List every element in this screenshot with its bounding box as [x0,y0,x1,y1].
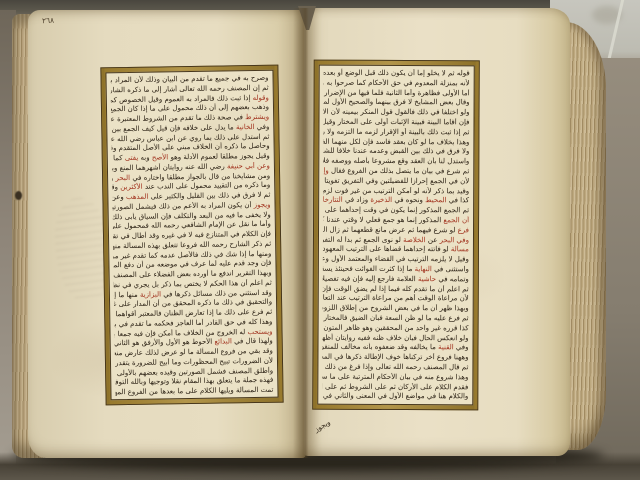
ink-text: المذكور إنما هو جمع فعلي لا وقتي عندنا ك… [323,216,443,225]
text-line: وقيل لا يلزمه الترتيب في القضاء والمعتمد… [323,255,469,265]
text-line: ثم شرع في بيان ما يتصل بذلك من الفروع فق… [323,167,469,177]
ink-text: وتمامه في [436,275,469,283]
ink-text: وهذا شروع منه في بيان الأحكام المترتبة ع… [322,372,468,381]
text-line: وبهذا ظهر أن ما في بعض الشروح من إطلاق ا… [323,304,469,314]
ink-text: قوله ثم لا يخلو إما أن يكون ذلك قبل الوض… [324,69,470,78]
ink-text: ولهذا قال في [232,337,273,346]
rubricated-word: ويشترط [245,113,269,121]
text-line: ولو اختلفا في ذلك فالقول قول المنكر بيمي… [324,108,470,118]
ink-text: ثم لا فرق في ذلك بين القليل والكثير على [148,191,270,201]
ink-text: وفي [254,123,269,131]
ink-text: وهذا بخلاف ما لو كان بعقد فاسد فإن لكل م… [323,137,469,146]
ink-text: ثم الجمع المذكور إنما يكون في وقت إحداهم… [323,206,469,215]
ink-text: لأن مراعاة الوقت أهم من مراعاة الترتيب ع… [323,294,469,303]
ink-text: عن [426,236,440,244]
text-line: وهذا شروع منه في بيان الأحكام المترتبة ع… [322,372,468,382]
text-line: ثم الجمع المذكور إنما يكون في وقت إحداهم… [323,206,469,216]
text-line: واستدل لنا بأن العقد وقع مشروعا بأصله وو… [323,157,469,167]
ink-text: وقد استثني من ذلك مسائل ذكرها في [161,288,272,298]
ink-text: ثم شرع في بيان ما يتصل بذلك من الفروع فق… [329,167,470,176]
manuscript-photo: ٢٦٨ وصرح به في جميع ما تقدم من البيان وذ… [0,0,640,480]
ink-text: كذا في [447,197,470,205]
ink-text: وما ذكره من التقييد محمول على الندب عند [143,181,271,191]
ink-text: لو شرع فيهما ثم عرض مانع قطعهما ثم زال ا… [323,225,458,234]
text-line: لأنه بمنزلة المعدوم في حق الأحكام كما صر… [324,78,470,88]
text-line: وقال بعض المشايخ لا فرق بينهما والصحيح ا… [324,98,470,108]
ink-text: وقال بعض المشايخ لا فرق بينهما والصحيح ا… [324,98,470,107]
rubricated-word: البزازية [140,290,161,298]
text-line: مسألة لو فاتته إحداهما قضاها على الترتيب… [323,245,469,255]
left-text-panel: وصرح به في جميع ما تقدم من البيان وذلك ل… [100,65,283,406]
ink-text: ولا فرق في ذلك بين القبض وعدمه عندنا خلا… [323,147,469,156]
ink-text: ما يخالفه وقد ضعفوه بأنه مخالف للمنقول ف… [322,343,438,352]
rubricated-word: المحيط [425,196,446,204]
ink-text: ما إذا كثرت الفوائت فحينئذ يسقط الترتيب … [323,265,415,273]
rubricated-word: حاشية [418,275,436,283]
text-line: كذا قرره غير واحد من المحققين وهو ظاهر ا… [323,323,469,333]
ink-text: وقيد بما ذكر لأنه لو أمكن الترتيب من غير… [323,186,469,195]
text-line: ثم اعلم أن ما تقدم كله فيما إذا لم يضق ا… [323,284,469,294]
rubricated-word: أن الجمع [443,216,469,224]
text-line: قوله ثم لا يخلو إما أن يكون ذلك قبل الوض… [324,69,470,79]
rubricated-word: الذخيرة [370,196,392,204]
ink-text: ومن مشايخنا من قال بالجواز مطلقا واختاره… [130,171,270,181]
ink-text: لو فاتته إحداهما قضاها على الترتيب المعه… [323,245,451,254]
ink-text: لأن في الجمع إحرازا للفضيلتين وفي التفري… [323,176,469,185]
rubricated-word: الخانية [236,123,255,131]
ink-text: منها ما إذا خاف الفوت ومنها ما إذا تعين … [114,290,140,300]
text-line: وهذا بخلاف ما لو كان بعقد فاسد فإن لكل م… [323,137,469,147]
ink-text: لو نوى الجمع ثم بدا له التفريق جاز ولا ش… [323,235,403,243]
edge-stain [15,191,22,200]
text-line: تمت المسألة ويليها الكلام على ما بعدها م… [115,386,273,398]
rubricated-word: ويجوز [254,201,271,209]
text-line: ولو انعكس الحال فبان خلاف ظنه ففيه روايت… [323,333,469,343]
ink-text: العلامة فارجع إليه فإن فيه تفصيلا نافعا … [323,274,418,282]
rubricated-word: فرع [458,226,469,234]
rubricated-word: ويستحب [247,327,272,335]
ink-text: وقيل يجوز مطلقا لعموم الأدلة وهو [168,152,270,162]
ink-text: وفي [454,344,469,352]
ink-text: واستدل لنا بأن العقد وقع مشروعا بأصله وو… [323,157,469,166]
text-line: وقيد بما ذكر لأنه لو أمكن الترتيب من غير… [323,186,469,196]
ink-text: ونحوه في [392,196,425,204]
folio-number: ٢٦٨ [42,16,54,25]
ink-text: وبه [138,154,152,162]
ink-text: ثم إذا ثبت ذلك بالبينة أو الإقرار لزمه م… [323,127,469,136]
text-line: ثم فرع عليه ما لو ظن السعة فبان الضيق فا… [323,314,469,324]
ink-text: ثم اعلم أن ما تقدم كله فيما إذا لم يضق ا… [323,284,469,293]
rubricated-word: القنية [438,343,454,351]
ink-text: وههنا فروع أخر تركناها خوف الإطالة ذكرها… [322,353,468,362]
ink-text: كذا قرره غير واحد من المحققين وهو ظاهر ا… [323,323,469,332]
ink-text: ولو اختلفا في ذلك فالقول قول المنكر بيمي… [324,108,470,117]
rubricated-word: الخلاصة [403,236,426,244]
ink-text: فقدم الكلام على الأركان ثم على الشروط ثم… [322,382,468,391]
text-line: أما الأولى فظاهرة وأما الثانية فلما فيها… [324,88,470,98]
rubricated-word: التتارخانية [323,196,343,204]
text-line: ولا فرق في ذلك بين القبض وعدمه عندنا خلا… [323,147,469,157]
rubricated-word: الأكثرين [120,183,143,191]
text-line: وههنا فروع أخر تركناها خوف الإطالة ذكرها… [322,353,468,363]
rubricated-word: الأصح [152,153,169,161]
text-line: فرع لو شرع فيهما ثم عرض مانع قطعهما ثم ز… [323,225,469,235]
ink-text: فإن أقاما البينة فبينة الإثبات أولى على … [323,118,469,127]
ink-text: ثم قال المصنف رحمه الله تعالى وإذا فرغ م… [322,363,468,372]
rubricated-word: مسألة [451,246,469,254]
text-line: وفي البحر عن الخلاصة لو نوى الجمع ثم بدا… [323,235,469,245]
text-line: ثم قال المصنف رحمه الله تعالى وإذا فرغ م… [322,363,468,373]
left-text-block: وصرح به في جميع ما تقدم من البيان وذلك ل… [105,70,278,401]
ink-text: وعن محمد تفصيل بين ما إذا كان فاحشا أو ل… [112,193,126,203]
text-line: فإن أقاما البينة فبينة الإثبات أولى على … [323,118,469,128]
text-line: والكلام هنا في مواضع الأول في المعنى وال… [322,392,468,402]
ink-text: وقيل على الوجوب والأول أظهر كما لا يخفى [112,183,120,193]
rubricated-word: البحر [115,173,130,181]
ink-text: أما الأولى فظاهرة وأما الثانية فلما فيها… [324,88,470,97]
ink-text: وزاد في [343,196,371,204]
right-text-panel: قوله ثم لا يخلو إما أن يكون ذلك قبل الوض… [312,60,480,411]
text-line: لأن في الجمع إحرازا للفضيلتين وفي التفري… [323,176,469,186]
ink-text: وقيل لا يلزمه الترتيب في القضاء والمعتمد… [323,255,469,264]
text-line: ثم إذا ثبت ذلك بالبينة أو الإقرار لزمه م… [323,127,469,137]
ink-text: كما في الخلاصة وغيرها من الكتب المعتبرة [112,154,125,164]
text-line: أن الجمع المذكور إنما هو جمع فعلي لا وقت… [323,216,469,226]
ink-text: والكلام هنا في مواضع الأول في المعنى وال… [322,392,468,401]
text-line: وفي القنية ما يخالفه وقد ضعفوه بأنه مخال… [322,343,468,353]
rubricated-word: النهاية [415,265,432,273]
text-line: لأن مراعاة الوقت أهم من مراعاة الترتيب ع… [323,294,469,304]
rubricated-word: وفي البحر [440,236,469,244]
ink-text: تمت المسألة ويليها الكلام على ما بعدها م… [115,386,273,398]
text-line: كذا في المحيط ونحوه في الذخيرة وزاد في ا… [323,196,469,206]
ink-text: ثم فرع عليه ما لو ظن السعة فبان الضيق فا… [323,314,469,323]
text-line: وتمامه في حاشية العلامة فارجع إليه فإن ف… [323,274,469,284]
ink-text: واستثنى في [432,265,469,273]
ink-text: وبهذا ظهر أن ما في بعض الشروح من إطلاق ا… [323,304,469,313]
rubricated-word: وقوله [253,93,269,101]
ink-text: لأنه بمنزلة المعدوم في حق الأحكام كما صر… [324,78,470,87]
right-text-block: قوله ثم لا يخلو إما أن يكون ذلك قبل الوض… [317,65,474,406]
text-line: واستثنى في النهاية ما إذا كثرت الفوائت ف… [323,265,469,275]
rubricated-word: وعن أبي حنيفة [227,162,270,171]
rubricated-word: يفتى [125,154,139,162]
rubricated-word: البدائع [214,338,232,346]
rubricated-word: المذهب [126,193,148,201]
ink-text: ولو انعكس الحال فبان خلاف ظنه ففيه روايت… [323,333,469,342]
text-line: فقدم الكلام على الأركان ثم على الشروط ثم… [322,382,468,392]
